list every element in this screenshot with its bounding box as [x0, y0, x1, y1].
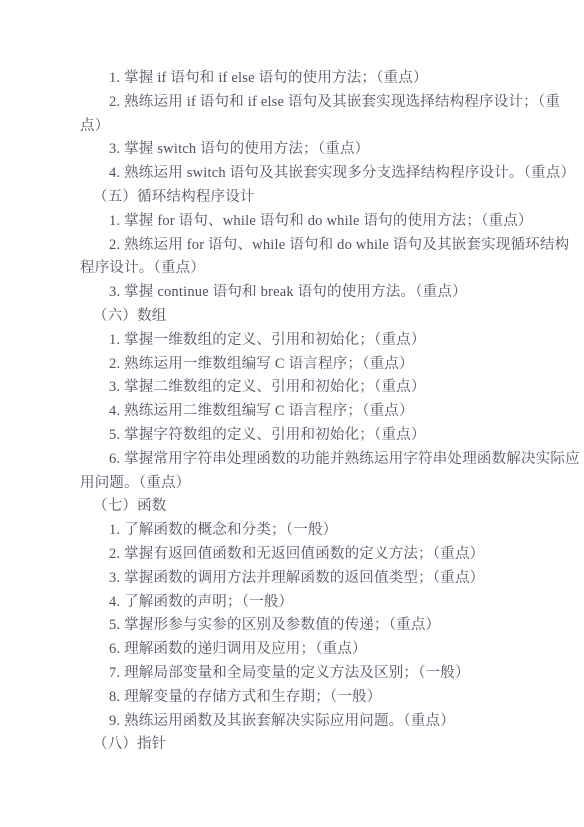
objective-item: 4. 熟练运用二维数组编写 C 语言程序；（重点） [80, 400, 508, 424]
objective-item-continuation: 用问题。（重点） [80, 472, 508, 496]
objective-item: 9. 熟练运用函数及其嵌套解决实际应用问题。（重点） [80, 710, 508, 734]
document-body: 1. 掌握 if 语句和 if else 语句的使用方法；（重点）2. 熟练运用… [80, 67, 508, 757]
objective-item: 5. 掌握字符数组的定义、引用和初始化；（重点） [80, 424, 508, 448]
section-heading: （六）数组 [80, 305, 508, 329]
objective-item: 2. 熟练运用一维数组编写 C 语言程序；（重点） [80, 353, 508, 377]
objective-item: 1. 掌握 if 语句和 if else 语句的使用方法；（重点） [80, 67, 508, 91]
objective-item: 4. 了解函数的声明；（一般） [80, 591, 508, 615]
document-page: 1. 掌握 if 语句和 if else 语句的使用方法；（重点）2. 熟练运用… [0, 0, 584, 827]
objective-item: 6. 理解函数的递归调用及应用；（重点） [80, 638, 508, 662]
objective-item: 3. 掌握二维数组的定义、引用和初始化；（重点） [80, 376, 508, 400]
objective-item: 8. 理解变量的存储方式和生存期；（一般） [80, 686, 508, 710]
objective-item: 4. 熟练运用 switch 语句及其嵌套实现多分支选择结构程序设计。（重点） [80, 162, 508, 186]
objective-item: 1. 了解函数的概念和分类；（一般） [80, 519, 508, 543]
objective-item-continuation: 程序设计。（重点） [80, 257, 508, 281]
objective-item: 2. 熟练运用 for 语句、while 语句和 do while 语句及其嵌套… [80, 234, 508, 258]
objective-item: 3. 掌握 continue 语句和 break 语句的使用方法。（重点） [80, 281, 508, 305]
objective-item: 3. 掌握函数的调用方法并理解函数的返回值类型；（重点） [80, 567, 508, 591]
objective-item: 2. 掌握有返回值函数和无返回值函数的定义方法；（重点） [80, 543, 508, 567]
objective-item: 5. 掌握形参与实参的区别及参数值的传递；（重点） [80, 614, 508, 638]
objective-item: 6. 掌握常用字符串处理函数的功能并熟练运用字符串处理函数解决实际应 [80, 448, 508, 472]
section-heading: （八）指针 [80, 733, 508, 757]
objective-item-continuation: 点） [80, 115, 508, 139]
objective-item: 3. 掌握 switch 语句的使用方法；（重点） [80, 138, 508, 162]
objective-item: 1. 掌握一维数组的定义、引用和初始化；（重点） [80, 329, 508, 353]
section-heading: （五）循环结构程序设计 [80, 186, 508, 210]
objective-item: 1. 掌握 for 语句、while 语句和 do while 语句的使用方法；… [80, 210, 508, 234]
objective-item: 7. 理解局部变量和全局变量的定义方法及区别；（一般） [80, 662, 508, 686]
objective-item: 2. 熟练运用 if 语句和 if else 语句及其嵌套实现选择结构程序设计；… [80, 91, 508, 115]
section-heading: （七）函数 [80, 495, 508, 519]
